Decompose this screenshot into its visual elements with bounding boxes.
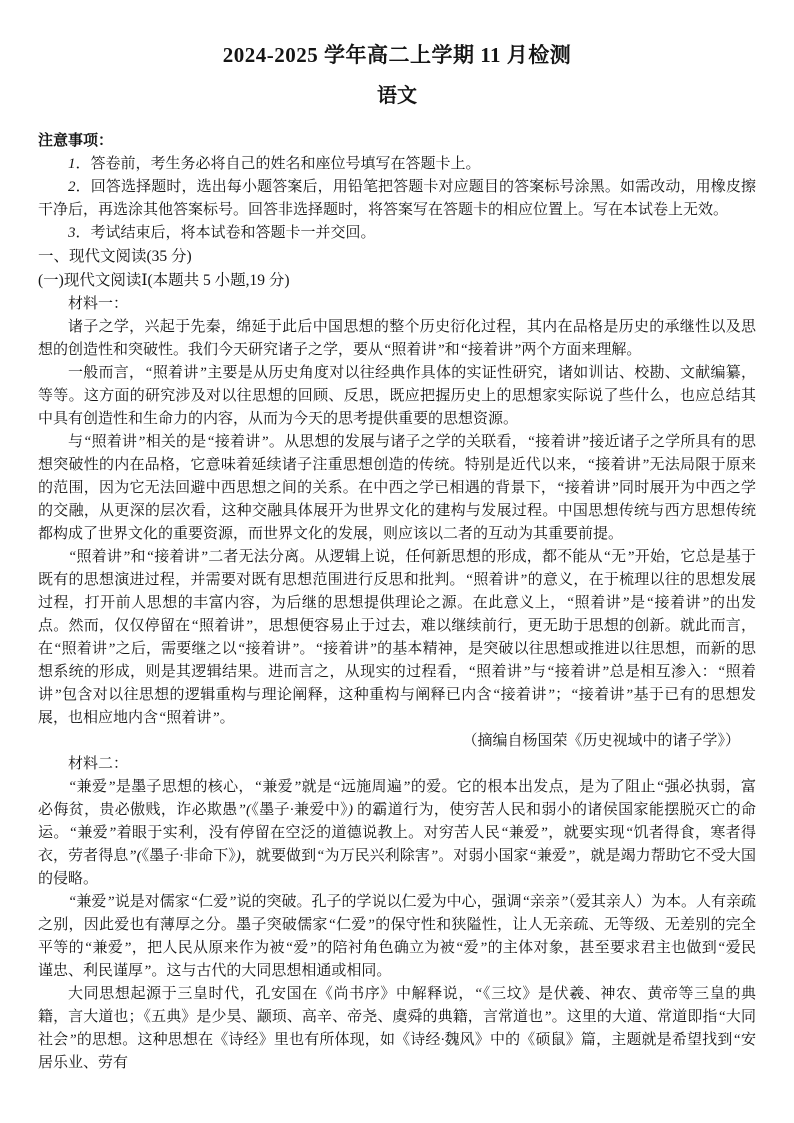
material1-paragraph-3: 与“照着讲”相关的是“接着讲”。从思想的发展与诸子之学的关联看，“接着讲”接近诸… xyxy=(38,431,756,546)
notice-item-3: 3．考试结束后，将本试卷和答题卡一并交回。 xyxy=(38,222,756,245)
material1-paragraph-1: 诸子之学，兴起于先秦，绵延于此后中国思想的整个历史衍化过程，其内在品格是历史的承… xyxy=(38,316,756,362)
exam-title: 2024-2025 学年高二上学期 11 月检测 xyxy=(38,40,756,70)
material1-attribution: （摘编自杨国荣《历史视域中的诸子学》） xyxy=(38,730,756,753)
material1-paragraph-4: “照着讲”和“接着讲”二者无法分离。从逻辑上说，任何新思想的形成，都不能从“无”… xyxy=(38,546,756,730)
section-heading-modern-reading: 一、现代文阅读(35 分) xyxy=(38,245,756,269)
material2-label: 材料二： xyxy=(38,753,756,776)
notice-item-2: 2．回答选择题时，选出每小题答案后，用铅笔把答题卡对应题目的答案标号涂黑。如需改… xyxy=(38,176,756,222)
material1-paragraph-2: 一般而言，“照着讲”主要是从历史角度对以往经典作具体的实证性研究，诸如训诂、校勘… xyxy=(38,362,756,431)
material1-label: 材料一： xyxy=(38,293,756,316)
section-subheading-reading-1: (一)现代文阅读Ⅰ(本题共 5 小题,19 分) xyxy=(38,269,756,293)
material2-paragraph-2: “兼爱”说是对儒家“仁爱”说的突破。孔子的学说以仁爱为中心，强调“亲亲”（爱其亲… xyxy=(38,891,756,983)
exam-subject: 语文 xyxy=(38,82,756,110)
material2-paragraph-3: 大同思想起源于三皇时代，孔安国在《尚书序》中解释说，“《三坟》是伏羲、神农、黄帝… xyxy=(38,983,756,1075)
notice-heading: 注意事项： xyxy=(38,129,756,153)
notice-item-1: 1．答卷前，考生务必将自己的姓名和座位号填写在答题卡上。 xyxy=(38,153,756,176)
exam-paper-page: 2024-2025 学年高二上学期 11 月检测 语文 注意事项： 1．答卷前，… xyxy=(0,0,794,1123)
material2-paragraph-1: “兼爱”是墨子思想的核心，“兼爱”就是“远施周遍”的爱。它的根本出发点，是为了阻… xyxy=(38,776,756,891)
